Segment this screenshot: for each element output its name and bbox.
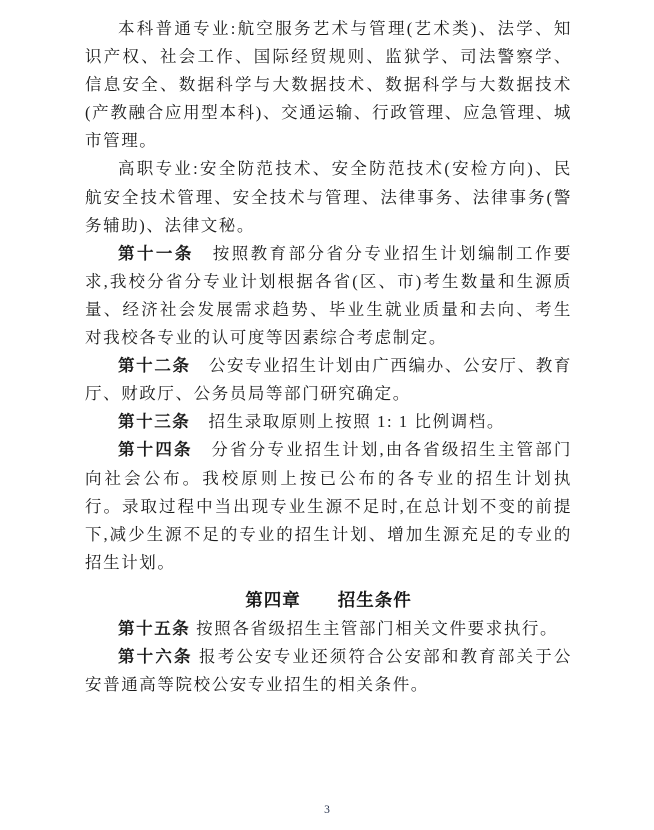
paragraph-text: 本科普通专业:航空服务艺术与管理(艺术类)、法学、知识产权、社会工作、国际经贸规… (85, 19, 572, 150)
paragraph-undergraduate-majors: 本科普通专业:航空服务艺术与管理(艺术类)、法学、知识产权、社会工作、国际经贸规… (85, 15, 572, 155)
article-14-number: 第十四条 (118, 440, 193, 459)
paragraph-article-16: 第十六条 报考公安专业还须符合公安部和教育部关于公安普通高等院校公安专业招生的相… (85, 643, 572, 699)
page-footer: 3 (0, 803, 654, 817)
article-15-number: 第十五条 (118, 619, 190, 638)
article-16-number: 第十六条 (118, 647, 193, 666)
paragraph-text: 高职专业:安全防范技术、安全防范技术(安检方向)、民航安全技术管理、安全技术与管… (85, 159, 572, 234)
paragraph-article-15: 第十五条 按照各省级招生主管部门相关文件要求执行。 (85, 615, 572, 643)
paragraph-article-13: 第十三条 招生录取原则上按照 1: 1 比例调档。 (85, 408, 572, 436)
article-13-number: 第十三条 (118, 412, 190, 431)
article-13-text: 招生录取原则上按照 1: 1 比例调档。 (190, 412, 505, 431)
article-12-number: 第十二条 (118, 356, 191, 375)
article-14-text: 分省分专业招生计划,由各省级招生主管部门向社会公布。我校原则上按已公布的各专业的… (85, 440, 572, 571)
chapter-heading: 第四章 招生条件 (85, 587, 572, 613)
paragraph-article-12: 第十二条 公安专业招生计划由广西编办、公安厅、教育厅、财政厅、公务员局等部门研究… (85, 352, 572, 408)
article-11-number: 第十一条 (118, 244, 194, 263)
paragraph-article-14: 第十四条 分省分专业招生计划,由各省级招生主管部门向社会公布。我校原则上按已公布… (85, 436, 572, 576)
document-body: 本科普通专业:航空服务艺术与管理(艺术类)、法学、知识产权、社会工作、国际经贸规… (85, 15, 572, 699)
document-page: 本科普通专业:航空服务艺术与管理(艺术类)、法学、知识产权、社会工作、国际经贸规… (0, 0, 654, 830)
page-number: 3 (324, 804, 330, 816)
paragraph-article-11: 第十一条 按照教育部分省分专业招生计划编制工作要求,我校分省分专业计划根据各省(… (85, 240, 572, 352)
paragraph-vocational-majors: 高职专业:安全防范技术、安全防范技术(安检方向)、民航安全技术管理、安全技术与管… (85, 155, 572, 239)
article-15-text: 按照各省级招生主管部门相关文件要求执行。 (190, 619, 558, 638)
